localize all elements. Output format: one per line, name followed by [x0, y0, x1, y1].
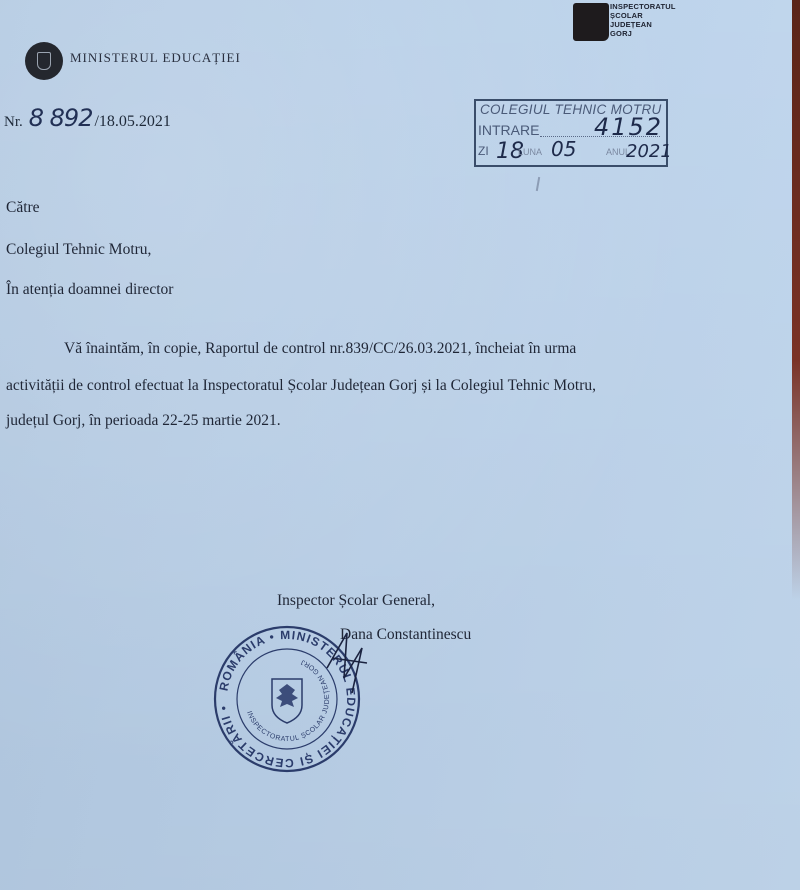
body-line-3: județul Gorj, în perioada 22-25 martie 2… — [6, 412, 281, 430]
pen-mark — [536, 177, 540, 191]
stamp-entry-label: INTRARE — [478, 122, 539, 138]
stamp-entry-number: 4152 — [594, 113, 663, 141]
romanian-coat-of-arms-icon — [25, 42, 63, 80]
attention-line: În atenția doamnei director — [6, 281, 173, 299]
stamp-month: 05 — [551, 137, 576, 161]
inspectorate-line: JUDEȚEAN — [610, 20, 676, 29]
to-label: Către — [6, 199, 40, 217]
coat-of-arms-icon — [272, 679, 302, 723]
page-edge — [792, 0, 800, 600]
inspectorate-line: GORJ — [610, 29, 676, 38]
inspectorate-logo-icon — [573, 3, 609, 41]
stamp-day-label: ZI — [478, 144, 489, 158]
inspectorate-line: ȘCOLAR — [610, 11, 676, 20]
entry-stamp: COLEGIUL TEHNIC MOTRU INTRARE 4152 ZI 18… — [474, 99, 668, 167]
stamp-month-label: LUNA — [518, 147, 542, 157]
registration-date: /18.05.2021 — [94, 113, 170, 131]
body-line-1: Vă înaintăm, în copie, Raportul de contr… — [64, 340, 576, 358]
ministry-name: MINISTERUL EDUCAȚIEI — [70, 50, 241, 66]
signature-scribble — [322, 628, 372, 698]
handwritten-number: 8 892 — [29, 104, 93, 132]
inspectorate-line: INSPECTORATUL — [610, 2, 676, 11]
signatory-title: Inspector Școlar General, — [277, 592, 435, 610]
inspectorate-name: INSPECTORATUL ȘCOLAR JUDEȚEAN GORJ — [610, 2, 676, 38]
registration-label: Nr. — [4, 114, 23, 131]
paper-shading — [0, 0, 800, 890]
recipient-institution: Colegiul Tehnic Motru, — [6, 241, 151, 259]
stamp-year: 2021 — [626, 141, 672, 162]
body-line-2: activității de control efectuat la Inspe… — [6, 377, 596, 395]
registration-number: Nr. 8 892 /18.05.2021 — [4, 104, 171, 132]
